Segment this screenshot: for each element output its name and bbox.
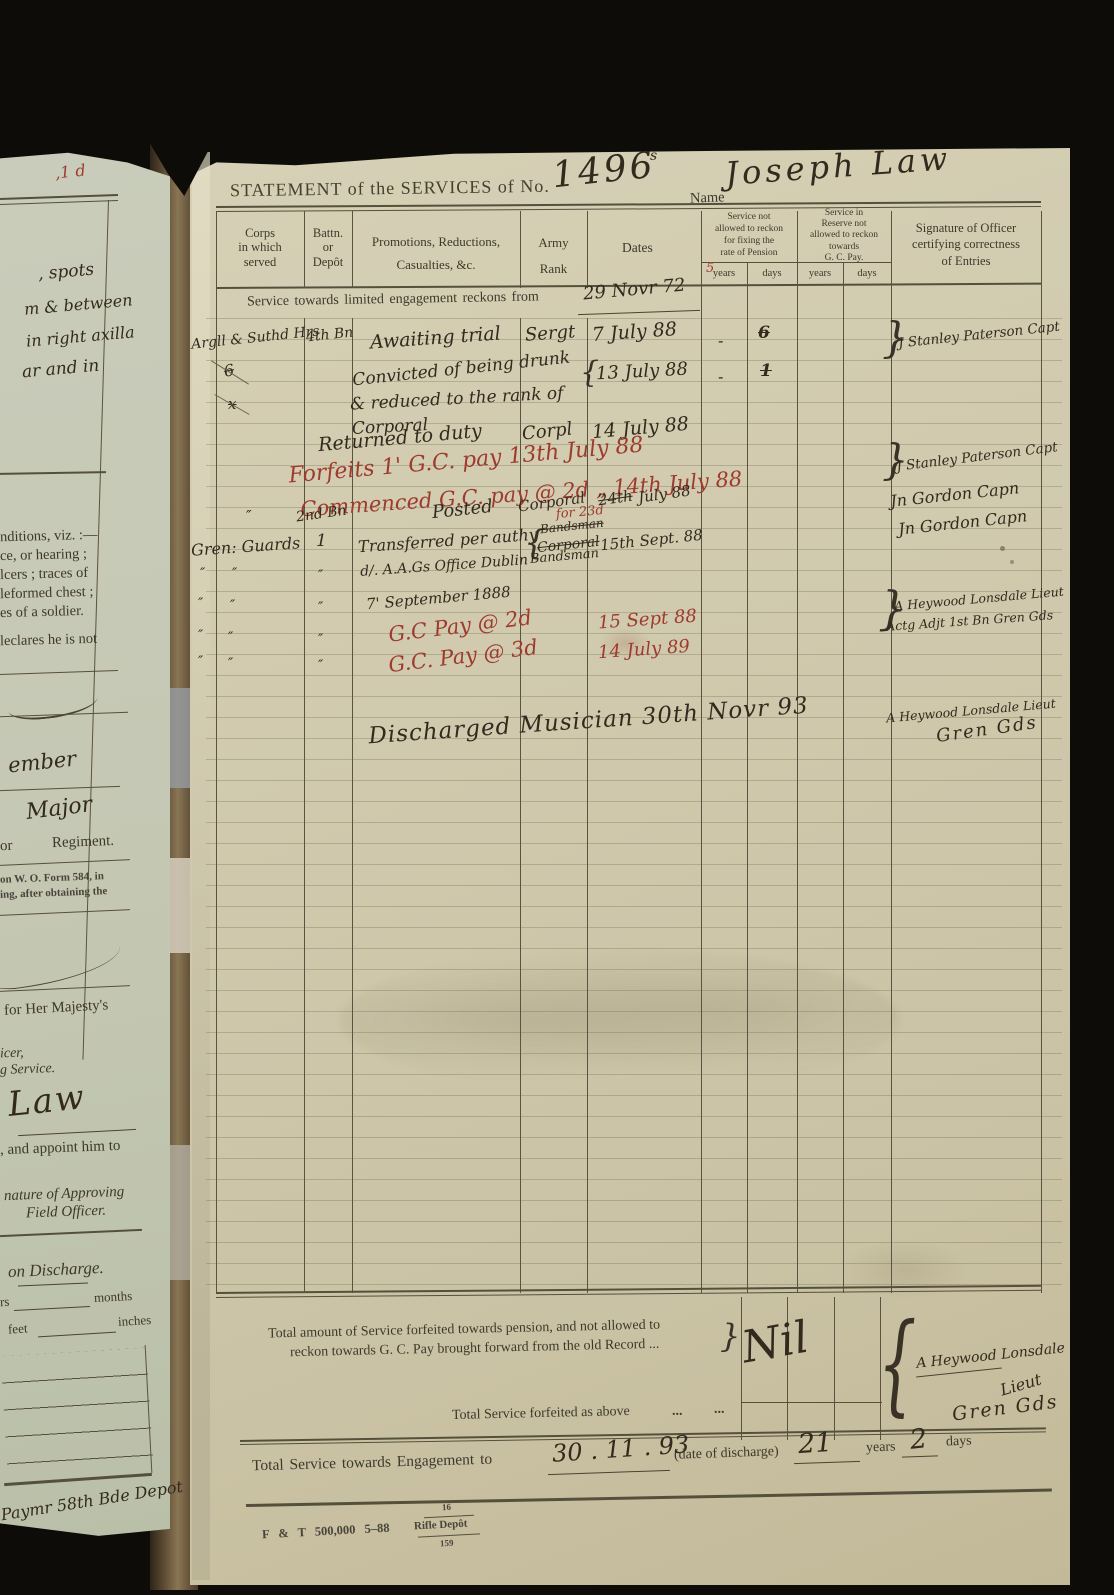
- col-rank-dates: [587, 211, 588, 288]
- left-hw-law-signature: Law: [6, 1078, 88, 1125]
- entry-rank-sergt: Sergt: [524, 322, 576, 346]
- ditto-battn-r12: ″: [318, 632, 323, 648]
- ditto-corps-r13a: ″: [198, 654, 203, 670]
- left-red-annotation: ,1 d: [54, 161, 86, 182]
- left-discharge-heading: on Discharge.: [8, 1258, 104, 1282]
- imprint-frac-bot: 159: [440, 1538, 454, 1549]
- ditto-corps-r10a: ″: [200, 566, 205, 582]
- scanned-service-record: ,1 d , spots m & between in right axilla…: [0, 0, 1114, 1595]
- col-heading-promotions: Promotions, Reductions,Casualties, &c.: [352, 230, 520, 277]
- left-conditions-4: leformed chest ;: [0, 584, 94, 603]
- left-officer: icer,: [0, 1046, 24, 1063]
- summary-mid-rule: [741, 1402, 882, 1403]
- col-right-edge: [1041, 211, 1042, 1293]
- reserve-days-label: days: [843, 268, 891, 280]
- bottom-sig-brace: {: [878, 1300, 917, 1427]
- left-conditions-2: ce, or hearing ;: [0, 546, 87, 565]
- left-years-blank: rs: [0, 1295, 10, 1310]
- col-heading-rank: ArmyRank: [520, 230, 587, 282]
- days-value: 2: [908, 1423, 928, 1456]
- col-heading-reserve: Service inReserve notallowed to reckonto…: [797, 208, 891, 264]
- col-pension-reserve: [797, 211, 798, 1293]
- ditto-corps-r12a: ″: [198, 628, 203, 644]
- forfeit-dots-1: ...: [672, 1404, 683, 1420]
- ditto-corps-r11a: ″: [198, 596, 203, 612]
- col-reserve-split: [843, 262, 844, 1293]
- col-heading-dates: Dates: [622, 240, 653, 256]
- imprint-frac-top: 16: [442, 1502, 452, 1513]
- col-heading-signature: Signature of Officercertifying correctne…: [891, 220, 1041, 269]
- left-months-label: months: [94, 1289, 133, 1306]
- col-pension-split: [747, 262, 748, 1293]
- reserve-years-label: years: [797, 268, 843, 280]
- years-value: 21: [797, 1427, 833, 1460]
- col-reserve-signature: [891, 211, 892, 1293]
- col-rank-dates-body: [587, 318, 588, 1293]
- entry-years-dash-1: -: [718, 332, 723, 350]
- ditto-corps-r12b: ″: [228, 630, 233, 646]
- left-approving-2: Field Officer.: [26, 1203, 107, 1223]
- days-label: days: [946, 1434, 972, 1451]
- years-label: years: [866, 1439, 896, 1456]
- ditto-corps-r11b: ″: [230, 598, 235, 614]
- left-feet-label: feet: [8, 1321, 28, 1337]
- left-inches-label: inches: [118, 1313, 152, 1330]
- entry-corps-ditto-1: ″: [246, 508, 252, 525]
- col-left-edge: [216, 211, 217, 1293]
- entry-battn-1: 1: [316, 532, 327, 552]
- left-service: g Service.: [0, 1061, 55, 1079]
- ditto-corps-r10b: ″: [232, 566, 237, 582]
- entry-days-1: 1: [760, 362, 772, 382]
- left-or-label: or: [0, 838, 13, 856]
- summary-col-3: [834, 1297, 835, 1440]
- entry-days-6: 6: [758, 324, 770, 344]
- pension-days-label: days: [747, 268, 797, 280]
- ditto-battn-r10: ″: [318, 568, 323, 584]
- red-five-mark: 5: [706, 262, 714, 277]
- col-heading-corps: Corpsin whichserved: [216, 226, 304, 269]
- entry-years-dash-2: -: [718, 368, 723, 386]
- col-dates-pension: [701, 211, 702, 1293]
- summary-col-1: [741, 1297, 742, 1440]
- left-conditions-1: nditions, viz. :—: [0, 527, 98, 546]
- left-declares: leclares he is not: [0, 631, 97, 650]
- ditto-battn-r11: ″: [318, 600, 323, 616]
- left-conditions-5: es of a soldier.: [0, 603, 84, 622]
- left-conditions-3: lcers ; traces of: [0, 565, 88, 584]
- service-number-mark: s: [650, 148, 657, 164]
- left-ruled-box: [1, 1348, 154, 1475]
- col-heading-battn: Battn.orDepôt: [304, 226, 352, 269]
- ditto-battn-r13: ″: [318, 658, 323, 674]
- ditto-corps-r13b: ″: [228, 656, 233, 672]
- col-heading-pension: Service notallowed to reckonfor fixing t…: [701, 212, 797, 260]
- left-regiment-label: Regiment.: [52, 833, 115, 852]
- forfeit-dots-2: ...: [714, 1402, 725, 1418]
